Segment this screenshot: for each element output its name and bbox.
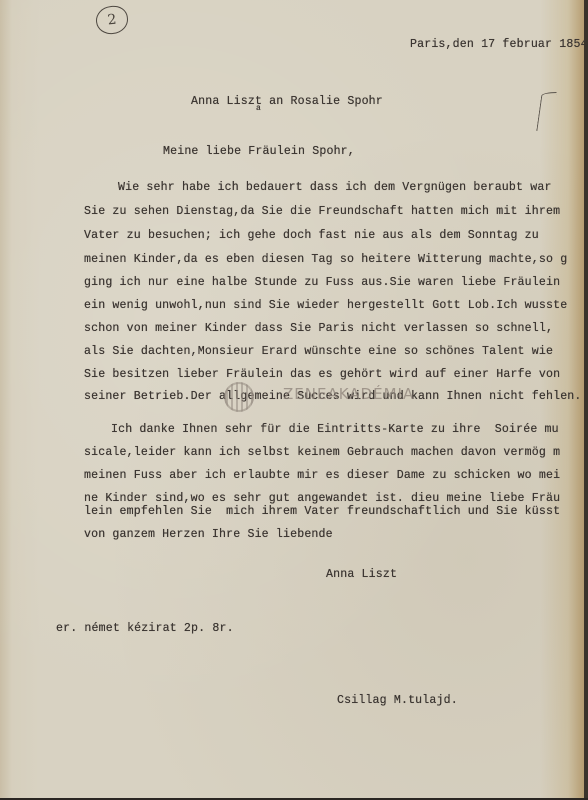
pencil-mark <box>536 92 556 131</box>
body-line: Vater zu besuchen; ich gehe doch fast ni… <box>84 229 539 242</box>
correction-mark: a <box>256 104 261 113</box>
body-line: schon von meiner Kinder dass Sie Paris n… <box>84 322 553 335</box>
body-line: Sie zu sehen Dienstag,da Sie die Freunds… <box>84 205 560 218</box>
body-line: meinen Kinder,da es eben diesen Tag so h… <box>84 253 567 266</box>
dateline: Paris,den 17 februar 1854 <box>410 38 588 51</box>
letter-page: 2 Paris,den 17 februar 1854 Anna Liszt a… <box>0 0 584 798</box>
body-line: ein wenig unwohl,nun sind Sie wieder her… <box>84 299 567 312</box>
page-number-circle: 2 <box>95 4 130 35</box>
zeneakademia-watermark: ZENEAKADÉMIA <box>218 378 428 418</box>
body-line: meinen Fuss aber ich erlaubte mir es die… <box>84 469 560 482</box>
page-edge-shadow <box>584 0 588 800</box>
harp-logo-icon <box>224 382 254 412</box>
body-line: lein empfehlen Sie mich ihrem Vater freu… <box>84 505 560 518</box>
watermark-text: ZENEAKADÉMIA <box>283 385 414 403</box>
body-line: sicale,leider kann ich selbst keinem Geb… <box>84 446 560 459</box>
body-line: Wie sehr habe ich bedauert dass ich dem … <box>118 181 552 194</box>
signature: Anna Liszt <box>326 568 397 581</box>
body-line: von ganzem Herzen Ihre Sie liebende <box>84 528 333 541</box>
letter-title: Anna Liszt an Rosalie Spohr <box>191 95 383 108</box>
body-line: ging ich nur eine halbe Stunde zu Fuss a… <box>84 276 560 289</box>
ownership-note: Csillag M.tulajd. <box>337 694 458 707</box>
manuscript-note: er. német kézirat 2p. 8r. <box>56 622 234 635</box>
body-line: Ich danke Ihnen sehr für die Eintritts-K… <box>111 423 559 436</box>
body-line: ne Kinder sind,wo es sehr gut angewandet… <box>84 492 560 505</box>
salutation: Meine liebe Fräulein Spohr, <box>163 145 355 158</box>
body-line: als Sie dachten,Monsieur Erard wünschte … <box>84 345 553 358</box>
